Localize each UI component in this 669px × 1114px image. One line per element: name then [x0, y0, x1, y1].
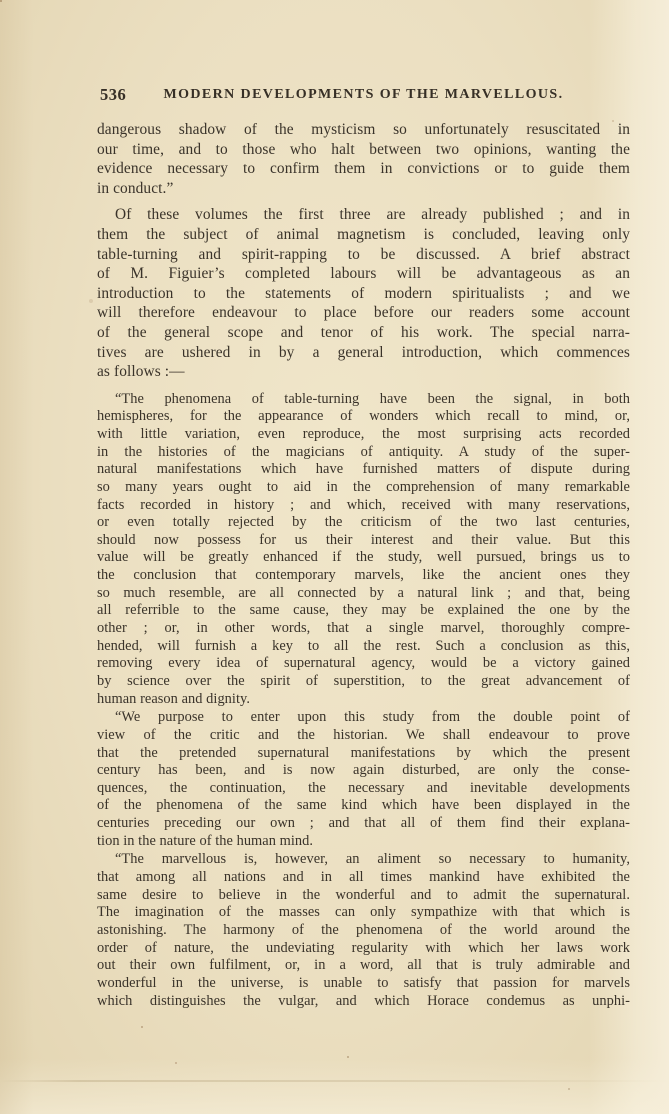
text-line: our time, and to those who halt between … [97, 140, 630, 160]
text-line: should now possess for us their interest… [97, 532, 630, 550]
paper-specks [0, 0, 2, 2]
text-line: same desire to believe in the wonderful … [97, 887, 630, 905]
text-line: “The marvellous is, however, an aliment … [97, 851, 630, 869]
text-line: natural manifestations which have furnis… [97, 461, 630, 479]
text-line: quences, the continuation, the necessary… [97, 780, 630, 798]
text-line: other ; or, in other words, that a singl… [97, 620, 630, 638]
text-line: of the phenomena of the same kind which … [97, 797, 630, 815]
text-line: by science over the spirit of superstiti… [97, 673, 630, 691]
text-line: with little variation, even reproduce, t… [97, 426, 630, 444]
text-line: tives are ushered in by a general introd… [97, 343, 630, 363]
text-line: human reason and dignity. [97, 691, 630, 709]
text-line: wonderful in the universe, is unable to … [97, 975, 630, 993]
text-line: Of these volumes the first three are alr… [97, 205, 630, 225]
paragraph: “The phenomena of table-turning have bee… [97, 391, 630, 709]
page-header: 536 MODERN DEVELOPMENTS OF THE MARVELLOU… [97, 85, 630, 105]
text-line: as follows :— [97, 362, 630, 382]
text-line: or even totally rejected by the criticis… [97, 514, 630, 532]
text-line: which distinguishes the vulgar, and whic… [97, 993, 630, 1011]
text-line: table-turning and spirit-rapping to be d… [97, 245, 630, 265]
text-line: that the pretended supernatural manifest… [97, 745, 630, 763]
text-line: hended, will furnish a key to all the re… [97, 638, 630, 656]
text-line: dangerous shadow of the mysticism so unf… [97, 120, 630, 140]
text-line: The imagination of the masses can only s… [97, 904, 630, 922]
text-line: in conduct.” [97, 179, 630, 199]
paragraph: “The marvellous is, however, an aliment … [97, 851, 630, 1010]
text-line: introduction to the statements of modern… [97, 284, 630, 304]
text-line: centuries preceding our own ; and that a… [97, 815, 630, 833]
text-line: out their own fulfilment, or, in a word,… [97, 957, 630, 975]
text-line: them the subject of animal magnetism is … [97, 225, 630, 245]
text-line: in the histories of the magicians of ant… [97, 444, 630, 462]
text-line: the conclusion that contemporary marvels… [97, 567, 630, 585]
running-title: MODERN DEVELOPMENTS OF THE MARVELLOUS. [97, 87, 630, 103]
text-line: removing every idea of supernatural agen… [97, 655, 630, 673]
text-line: order of nature, the undeviating regular… [97, 940, 630, 958]
text-line: so much resemble, are all connected by a… [97, 585, 630, 603]
page-crease [0, 1080, 669, 1082]
text-line: view of the critic and the historian. We… [97, 727, 630, 745]
text-line: of the general scope and tenor of his wo… [97, 323, 630, 343]
paragraph: dangerous shadow of the mysticism so unf… [97, 120, 630, 198]
text-line: so many years ought to aid in the compre… [97, 479, 630, 497]
text-line: facts recorded in history ; and which, r… [97, 497, 630, 515]
text-line: “The phenomena of table-turning have bee… [97, 391, 630, 409]
text-line: that among all nations and in all times … [97, 869, 630, 887]
page-body: dangerous shadow of the mysticism so unf… [97, 120, 630, 1010]
text-line: value will be greatly enhanced if the st… [97, 549, 630, 567]
text-line: hemispheres, for the appearance of wonde… [97, 408, 630, 426]
text-line: century has been, and is now again distu… [97, 762, 630, 780]
paragraph: Of these volumes the first three are alr… [97, 205, 630, 381]
text-line: “We purpose to enter upon this study fro… [97, 709, 630, 727]
paragraph: “We purpose to enter upon this study fro… [97, 709, 630, 850]
text-line: of M. Figuier’s completed labours will b… [97, 264, 630, 284]
text-line: all referrible to the same cause, they m… [97, 602, 630, 620]
text-line: astonishing. The harmony of the phenomen… [97, 922, 630, 940]
book-page: 536 MODERN DEVELOPMENTS OF THE MARVELLOU… [0, 0, 669, 1114]
text-line: tion in the nature of the human mind. [97, 833, 630, 851]
text-line: will therefore endeavour to place before… [97, 303, 630, 323]
text-line: evidence necessary to confirm them in co… [97, 159, 630, 179]
